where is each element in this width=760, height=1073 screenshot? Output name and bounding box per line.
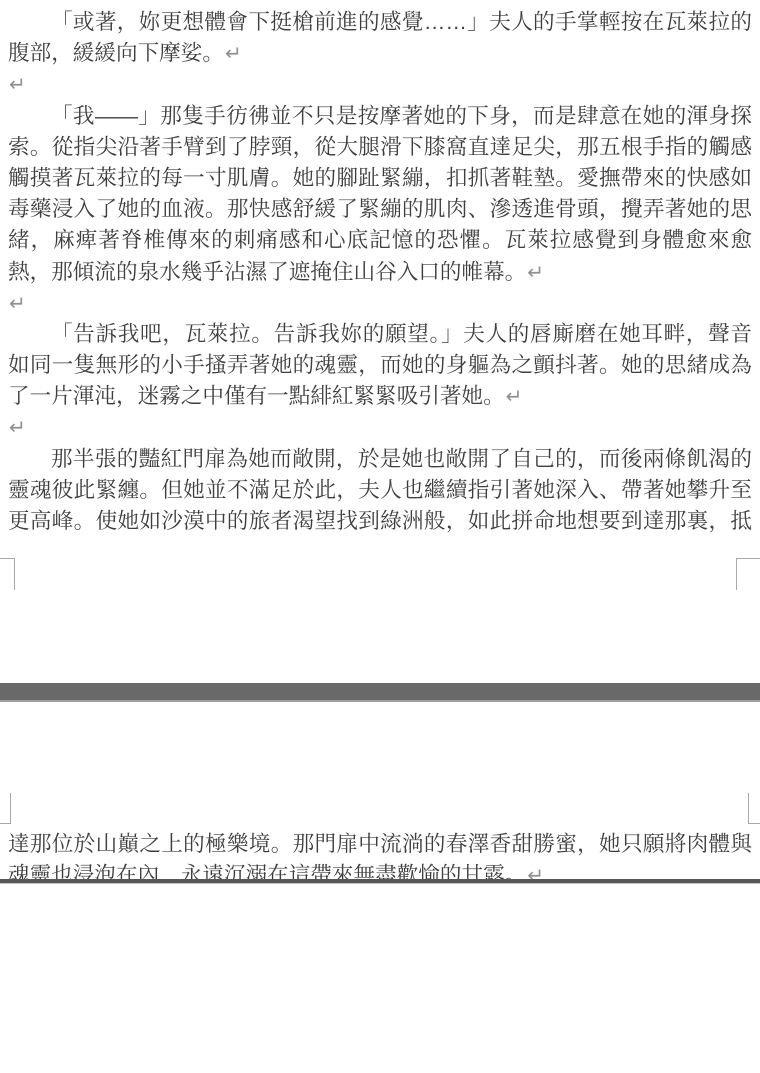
text-line[interactable]: 如同一隻無形的小手搔弄著她的魂靈，而她的身軀為之顫抖著。她的思緒成為 <box>8 349 752 380</box>
document-canvas: { "document": { "paragraph_mark": "↵", "… <box>0 0 760 1073</box>
paragraph-mark-icon: ↵ <box>8 74 26 96</box>
text-line-content: 緒，麻痺著脊椎傳來的刺痛感和心底記憶的恐懼。瓦萊拉感覺到身體愈來愈 <box>8 227 752 252</box>
paragraph-mark-icon: ↵ <box>224 43 242 65</box>
empty-line[interactable]: ↵ <box>8 287 752 318</box>
paragraph-mark-icon: ↵ <box>526 262 544 284</box>
paragraph-mark-icon: ↵ <box>505 386 523 408</box>
text-line-content: 魂靈也浸泡在內，永遠沉溺在這帶來無盡歡愉的甘露。 <box>8 862 526 879</box>
text-line[interactable]: 達那位於山巔之上的極樂境。那門扉中流淌的春澤香甜勝蜜，她只願將肉體與 <box>8 828 752 859</box>
empty-line[interactable]: ↵ <box>8 411 752 442</box>
text-line[interactable]: 觸摸著瓦萊拉的每一寸肌膚。她的腳趾緊繃，扣抓著鞋墊。愛撫帶來的快感如 <box>8 162 752 193</box>
text-line-content: 熱，那傾流的泉水幾乎沾濕了遮掩住山谷入口的帷幕。 <box>8 259 526 284</box>
text-line[interactable]: 了一片渾沌，迷霧之中僅有一點緋紅緊緊吸引著她。↵ <box>8 380 752 411</box>
text-line[interactable]: 熱，那傾流的泉水幾乎沾濕了遮掩住山谷入口的帷幕。↵ <box>8 256 752 287</box>
text-line-content: 更高峰。使她如沙漠中的旅者渴望找到綠洲般，如此拼命地想要到達那裏，抵 <box>8 508 752 533</box>
page1-text-area[interactable]: 「或著，妳更想體會下挺槍前進的感覺……」夫人的手掌輕按在瓦萊拉的 腹部，緩緩向下… <box>8 6 752 536</box>
text-line-content: 那半張的豔紅門扉為她而敞開，於是她也敞開了自己的，而後兩條飢渴的 <box>51 446 752 471</box>
page2-text-area[interactable]: 達那位於山巔之上的極樂境。那門扉中流淌的春澤香甜勝蜜，她只願將肉體與 魂靈也浸泡… <box>8 828 752 879</box>
page2-top-left-crop-mark <box>0 793 11 824</box>
text-line[interactable]: 緒，麻痺著脊椎傳來的刺痛感和心底記憶的恐懼。瓦萊拉感覺到身體愈來愈 <box>8 224 752 255</box>
page-separator <box>0 683 760 702</box>
paragraph-mark-icon: ↵ <box>8 293 26 315</box>
page1-bottom-left-crop-mark <box>0 558 15 590</box>
text-line[interactable]: 「告訴我吧，瓦萊拉。告訴我妳的願望。」夫人的唇廝磨在她耳畔，聲音 <box>8 318 752 349</box>
text-line[interactable]: 那半張的豔紅門扉為她而敞開，於是她也敞開了自己的，而後兩條飢渴的 <box>8 443 752 474</box>
text-line-content: 「我——」那隻手彷彿並不只是按摩著她的下身，而是肆意在她的渾身探 <box>51 103 752 128</box>
text-line[interactable]: 索。從指尖沿著手臂到了脖頸，從大腿滑下膝窩直達足尖，那五根手指的觸感 <box>8 131 752 162</box>
page1-bottom-right-crop-mark <box>736 558 760 590</box>
empty-line[interactable]: ↵ <box>8 68 752 99</box>
paragraph-mark-icon: ↵ <box>8 417 26 439</box>
text-line-content: 觸摸著瓦萊拉的每一寸肌膚。她的腳趾緊繃，扣抓著鞋墊。愛撫帶來的快感如 <box>8 165 752 190</box>
text-line-content: 「或著，妳更想體會下挺槍前進的感覺……」夫人的手掌輕按在瓦萊拉的 <box>51 9 752 34</box>
text-line-content: 毒藥浸入了她的血液。那快感舒緩了緊繃的肌肉、滲透進骨頭，攪弄著她的思 <box>8 196 752 221</box>
page2-top-right-crop-mark <box>748 793 760 824</box>
text-line-content: 靈魂彼此緊纏。但她並不滿足於此，夫人也繼續指引著她深入、帶著她攀升至 <box>8 477 752 502</box>
paragraph-mark-icon: ↵ <box>526 865 544 879</box>
text-line-content: 如同一隻無形的小手搔弄著她的魂靈，而她的身軀為之顫抖著。她的思緒成為 <box>8 352 752 377</box>
text-line-content: 達那位於山巔之上的極樂境。那門扉中流淌的春澤香甜勝蜜，她只願將肉體與 <box>8 831 752 856</box>
text-line-content: 了一片渾沌，迷霧之中僅有一點緋紅緊緊吸引著她。 <box>8 383 505 408</box>
text-line[interactable]: 毒藥浸入了她的血液。那快感舒緩了緊繃的肌肉、滲透進骨頭，攪弄著她的思 <box>8 193 752 224</box>
bottom-clip-bar <box>0 879 760 884</box>
text-line[interactable]: 更高峰。使她如沙漠中的旅者渴望找到綠洲般，如此拼命地想要到達那裏，抵 <box>8 505 752 536</box>
text-line[interactable]: 魂靈也浸泡在內，永遠沉溺在這帶來無盡歡愉的甘露。↵ <box>8 859 752 879</box>
text-line[interactable]: 「我——」那隻手彷彿並不只是按摩著她的下身，而是肆意在她的渾身探 <box>8 100 752 131</box>
text-line[interactable]: 「或著，妳更想體會下挺槍前進的感覺……」夫人的手掌輕按在瓦萊拉的 <box>8 6 752 37</box>
text-line[interactable]: 靈魂彼此緊纏。但她並不滿足於此，夫人也繼續指引著她深入、帶著她攀升至 <box>8 474 752 505</box>
text-line-content: 腹部，緩緩向下摩娑。 <box>8 40 224 65</box>
text-line[interactable]: 腹部，緩緩向下摩娑。↵ <box>8 37 752 68</box>
text-line-content: 「告訴我吧，瓦萊拉。告訴我妳的願望。」夫人的唇廝磨在她耳畔，聲音 <box>51 321 752 346</box>
text-line-content: 索。從指尖沿著手臂到了脖頸，從大腿滑下膝窩直達足尖，那五根手指的觸感 <box>8 134 752 159</box>
